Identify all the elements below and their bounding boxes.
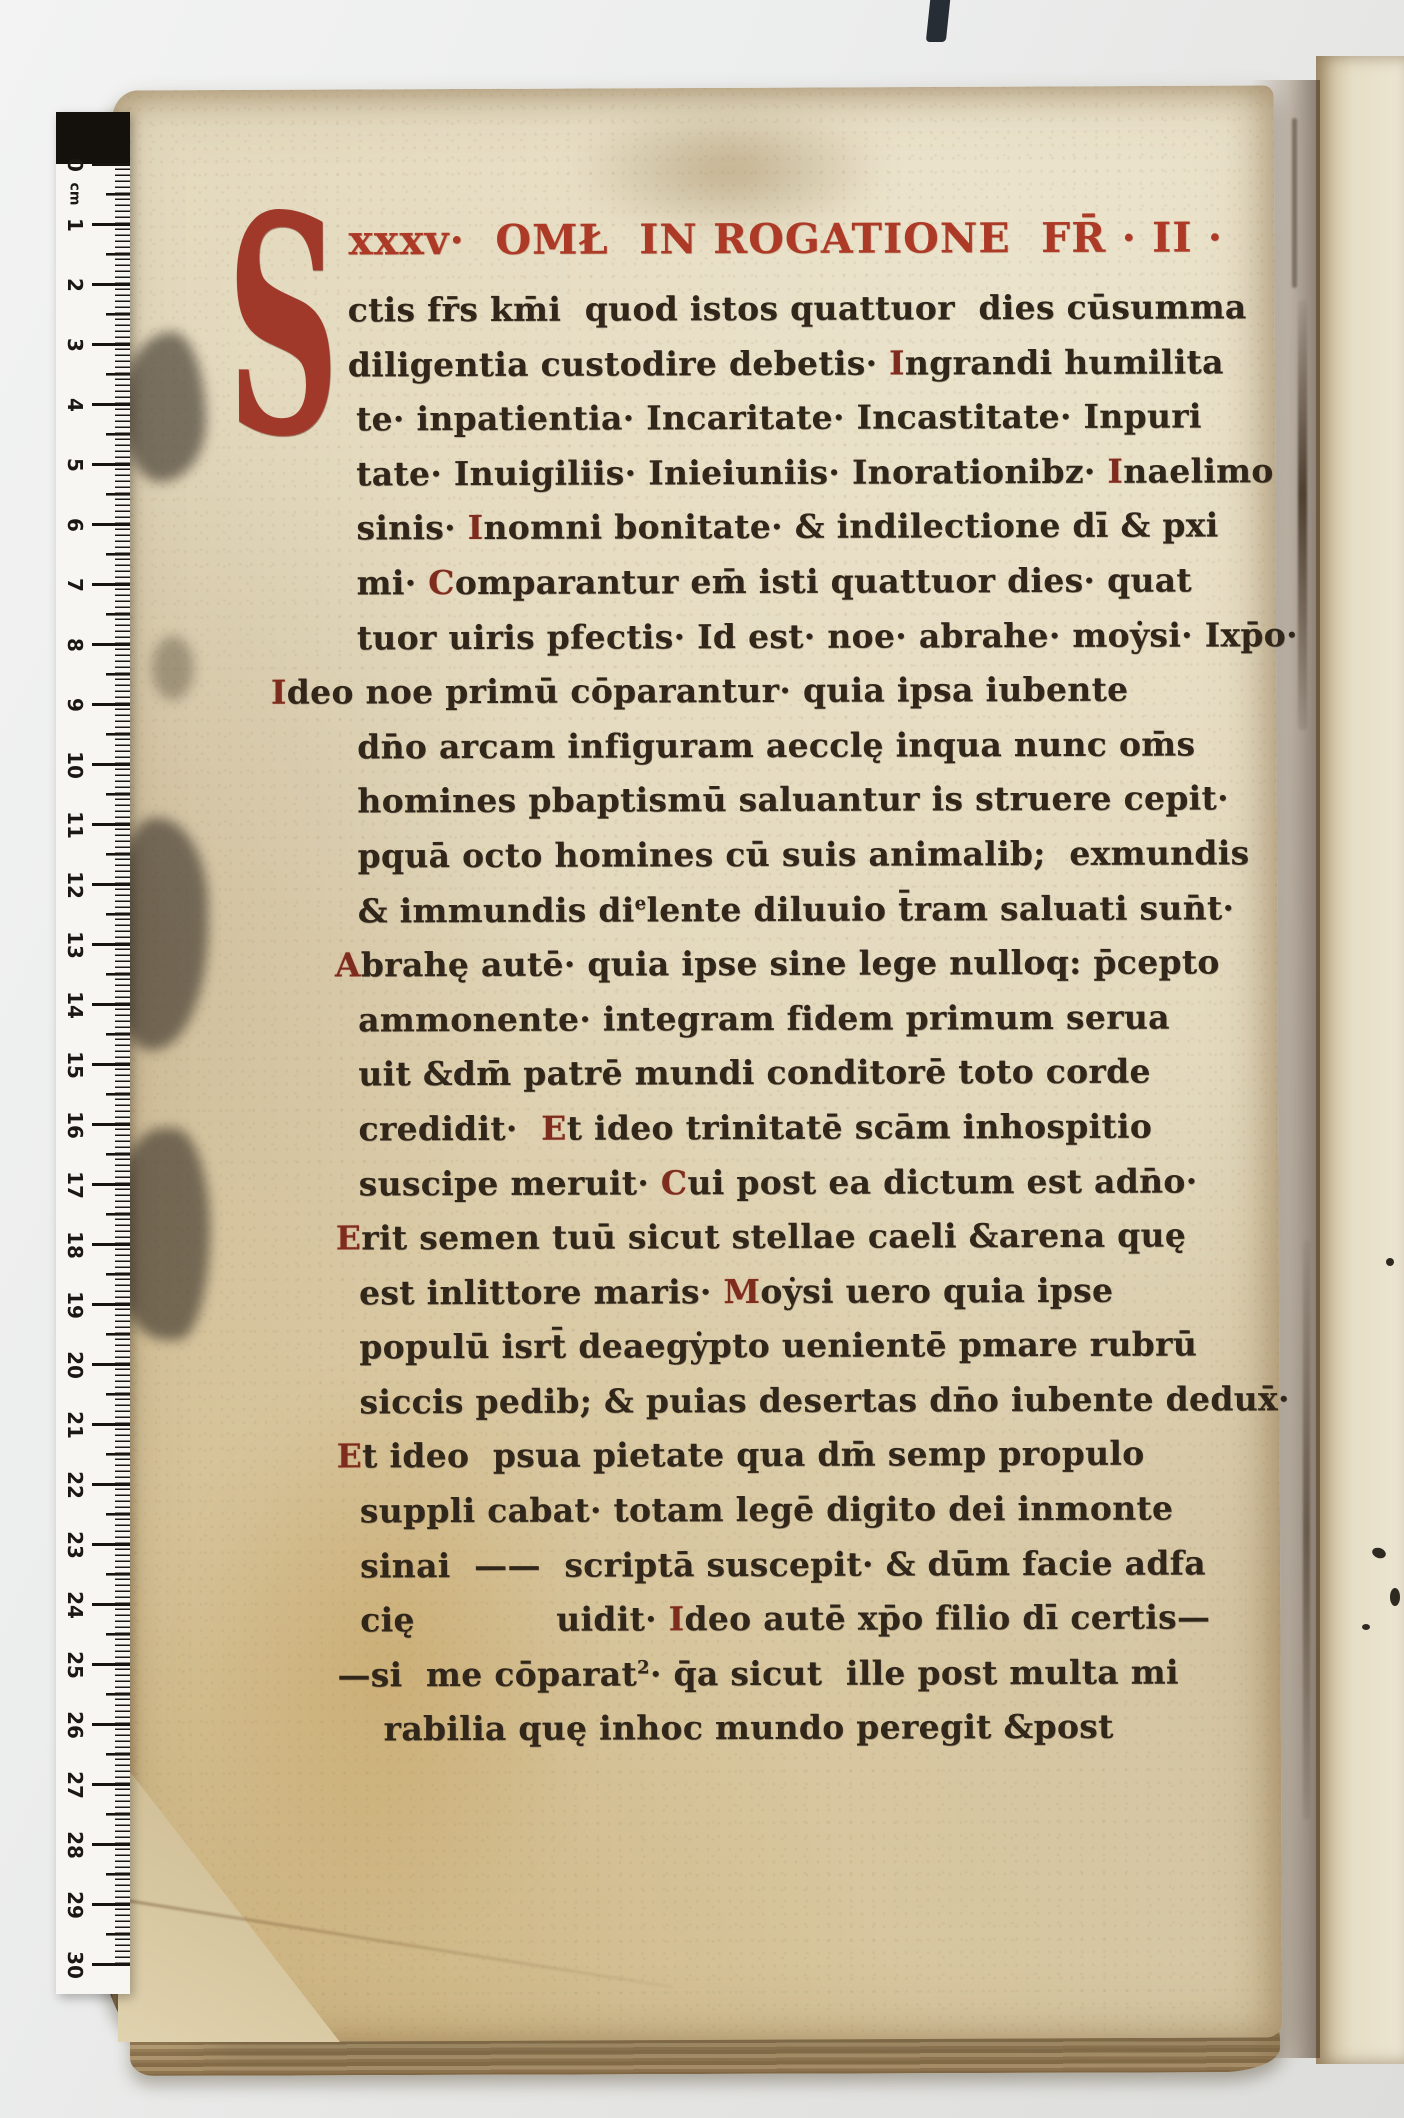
text-segment: suscipe meruit·	[359, 1163, 661, 1203]
red-touched-initial: I	[889, 343, 905, 382]
ruler-number: 23	[61, 1531, 87, 1559]
ruler-number: 17	[61, 1171, 87, 1199]
manuscript-line: credidit· Et ideo trinitatē scām inhospi…	[358, 1099, 1265, 1157]
ruler-number: 7	[61, 571, 87, 599]
rubric-drop-cap-initial: S	[226, 201, 340, 451]
rubric-title: xxxv· OMŁ IN ROGATIONE FR̄ · II ·	[348, 204, 1262, 283]
text-segment: populū isrt̄ deaegẏpto uenientē pmare ru…	[359, 1325, 1197, 1367]
ruler-number: 24	[61, 1591, 87, 1619]
manuscript-line: suscipe meruit· Cui post ea dictum est a…	[359, 1154, 1266, 1212]
ruler-unit-label: cm	[66, 183, 82, 206]
text-segment: brahę autē· quia ipse sine lege nulloq: …	[361, 943, 1220, 985]
ruler-number: 11	[61, 811, 87, 839]
cm-ruler: 0cm1234567891011121314151617181920212223…	[56, 112, 130, 1994]
text-segment: diligentia custodire debetis·	[348, 343, 889, 384]
ink-speck	[1390, 1588, 1400, 1606]
ruler-number: 13	[61, 931, 87, 959]
text-segment: te· inpatientia· Incaritate· Incastitate…	[356, 397, 1202, 439]
text-segment: deo autē xp̄o filio dī certis—	[684, 1598, 1210, 1639]
manuscript-line: sinai —— scriptā suscepit· & dūm facie a…	[360, 1536, 1267, 1594]
red-touched-initial: I	[669, 1600, 685, 1639]
ink-speck	[1362, 1624, 1370, 1630]
manuscript-line: populū isrt̄ deaegẏpto uenientē pmare ru…	[359, 1318, 1266, 1376]
ruler-number: 1	[61, 211, 87, 239]
manuscript-line: uit &dm̄ patrē mundi conditorē toto cord…	[358, 1045, 1265, 1103]
manuscript-line: sinis· Inomni bonitate· & indilectione d…	[356, 499, 1263, 557]
ruler-number: 16	[61, 1111, 87, 1139]
manuscript-line: Et ideo psua pietate qua dm̄ semp propul…	[337, 1427, 1267, 1485]
text-segment: ammonente· integram fidem primum serua	[358, 997, 1170, 1039]
manuscript-line: Ideo noe primū cōparantur· quia ipsa iub…	[271, 662, 1264, 720]
ruler-number: 2	[61, 271, 87, 299]
ruler-number: 8	[61, 631, 87, 659]
manuscript-text-block: S xxxv· OMŁ IN ROGATIONE FR̄ · II · ctis…	[252, 204, 1267, 1758]
red-touched-initial: I	[271, 673, 287, 712]
manuscript-line: tuor uiris pfectis· Id est· noe· abrahe·…	[357, 608, 1264, 666]
manuscript-line: Erit semen tuū sicut stellae caeli &aren…	[336, 1208, 1266, 1266]
text-segment: · q̄a sicut ille post multa mi	[650, 1652, 1179, 1693]
text-segment: pquā octo homines cū suis animalib; exmu…	[357, 833, 1249, 875]
text-segment: rabilia quę inhoc mundo peregit &post	[384, 1707, 1114, 1749]
text-segment: e	[635, 893, 647, 914]
ruler-number: 12	[61, 871, 87, 899]
manuscript-line: mi· Comparantur em̄ isti quattuor dies· …	[357, 553, 1264, 611]
text-segment: ctis fr̄s km̄i quod istos quattuor dies …	[348, 287, 1247, 329]
gutter-crease-streak	[1298, 300, 1307, 730]
manuscript-lines: ctis fr̄s km̄i quod istos quattuor dies …	[253, 280, 1268, 1758]
manuscript-line: pquā octo homines cū suis animalib; exmu…	[357, 826, 1264, 884]
facing-page-sliver	[1316, 56, 1404, 2064]
text-segment: nomni bonitate· & indilectione dī & pxi	[483, 506, 1218, 548]
ruler-number: 3	[61, 331, 87, 359]
ruler-number: 21	[61, 1411, 87, 1439]
text-segment: homines pbaptismū saluantur is struere c…	[357, 779, 1229, 821]
mold-stain	[118, 1128, 210, 1340]
ruler-cm-mark: 30	[56, 1964, 130, 1994]
text-segment: dn̄o arcam infiguram aecclę inqua nunc o…	[357, 724, 1195, 766]
ruler-number: 29	[61, 1891, 87, 1919]
manuscript-line: ctis fr̄s km̄i quod istos quattuor dies …	[348, 280, 1263, 338]
text-segment: ui post ea dictum est adn̄o·	[687, 1161, 1197, 1202]
text-segment: siccis pedib; & puias desertas dn̄o iube…	[359, 1379, 1289, 1421]
text-segment: suppli cabat· totam legē digito dei inmo…	[360, 1489, 1174, 1531]
ruler-number: 25	[61, 1651, 87, 1679]
manuscript-line: te· inpatientia· Incaritate· Incastitate…	[356, 389, 1263, 447]
red-touched-initial: A	[335, 946, 361, 985]
ruler-number: 27	[61, 1771, 87, 1799]
text-segment: 2	[637, 1657, 650, 1678]
ruler-number: 26	[61, 1711, 87, 1739]
text-segment: uit &dm̄ patrē mundi conditorē toto cord…	[358, 1052, 1151, 1094]
ink-speck	[1386, 1258, 1394, 1266]
manuscript-line: Abrahę autē· quia ipse sine lege nulloq:…	[335, 935, 1265, 993]
manuscript-line: dn̄o arcam infiguram aecclę inqua nunc o…	[357, 717, 1264, 775]
manuscript-line: diligentia custodire debetis· Ingrandi h…	[348, 335, 1263, 393]
manuscript-line: siccis pedib; & puias desertas dn̄o iube…	[359, 1372, 1266, 1430]
red-touched-initial: C	[661, 1163, 688, 1202]
manuscript-photo: 0cm1234567891011121314151617181920212223…	[0, 0, 1404, 2118]
manuscript-line: est inlittore maris· Moẏsi uero quia ips…	[359, 1263, 1266, 1321]
ruler-number: 14	[61, 991, 87, 1019]
red-touched-initial: E	[541, 1109, 567, 1148]
text-segment: sinis·	[356, 508, 467, 547]
text-segment: naelimo	[1123, 451, 1274, 491]
text-segment: credidit·	[358, 1109, 541, 1149]
text-segment: sinai —— scriptā suscepit· & dūm facie a…	[360, 1543, 1206, 1585]
red-touched-initial: I	[1107, 452, 1123, 491]
ruler-number: 4	[61, 391, 87, 419]
mold-stain	[152, 636, 194, 700]
text-segment: omparantur em̄ isti quattuor dies· quat	[455, 560, 1192, 602]
text-segment: oẏsi uero quia ipse	[760, 1270, 1113, 1310]
text-segment: tuor uiris pfectis· Id est· noe· abrahe·…	[357, 615, 1298, 657]
ruler-number: 20	[61, 1351, 87, 1379]
text-segment: ngrandi humilita	[905, 342, 1224, 382]
manuscript-line: suppli cabat· totam legē digito dei inmo…	[360, 1481, 1267, 1539]
text-segment: deo noe primū cōparantur· quia ipsa iube…	[287, 670, 1129, 712]
text-segment: —si me cōparat	[337, 1654, 637, 1694]
ruler-number: 18	[61, 1231, 87, 1259]
ruler-number: 0	[61, 151, 87, 179]
manuscript-line: tate· Inuigiliis· Inieiuniis· Inorationi…	[356, 444, 1263, 502]
bookmark-tab	[926, 0, 950, 42]
text-segment: mi·	[357, 563, 429, 602]
manuscript-line: cię uidit· Ideo autē xp̄o filio dī certi…	[360, 1590, 1267, 1648]
ruler-number: 9	[61, 691, 87, 719]
text-segment: rit semen tuū sicut stellae caeli &arena…	[361, 1216, 1186, 1258]
text-segment: est inlittore maris·	[359, 1272, 723, 1312]
ruler-number: 28	[61, 1831, 87, 1859]
manuscript-line: & immundis dielente diluuio t̄ram saluat…	[358, 881, 1265, 939]
ruler-number: 30	[61, 1951, 87, 1979]
red-touched-initial: E	[336, 1218, 362, 1257]
manuscript-line: —si me cōparat2· q̄a sicut ille post mul…	[337, 1645, 1267, 1703]
text-segment: & immundis di	[358, 890, 635, 930]
red-touched-initial: M	[723, 1272, 760, 1311]
manuscript-line: homines pbaptismū saluantur is struere c…	[357, 772, 1264, 830]
ruler-number: 5	[61, 451, 87, 479]
text-segment: cię uidit·	[360, 1600, 669, 1640]
red-touched-initial: E	[337, 1437, 363, 1476]
ruler-number: 19	[61, 1291, 87, 1319]
red-touched-initial: C	[428, 563, 455, 602]
ruler-number: 15	[61, 1051, 87, 1079]
text-segment: t ideo psua pietate qua dm̄ semp propulo	[362, 1434, 1144, 1476]
gutter-crease-streak	[1292, 118, 1297, 288]
manuscript-line: ammonente· integram fidem primum serua	[358, 990, 1265, 1048]
text-segment: tate· Inuigiliis· Inieiuniis· Inorationi…	[356, 452, 1107, 494]
text-segment: lente diluuio t̄ram saluati sun̄t·	[646, 888, 1234, 929]
ruler-scale: 0cm1234567891011121314151617181920212223…	[56, 164, 130, 1994]
ruler-number: 10	[61, 751, 87, 779]
gutter-crease-streak	[1303, 1240, 1310, 1820]
red-touched-initial: I	[468, 508, 484, 547]
text-segment: t ideo trinitatē scām inhospitio	[567, 1107, 1153, 1148]
ruler-number: 22	[61, 1471, 87, 1499]
ruler-number: 6	[61, 511, 87, 539]
manuscript-line: rabilia quę inhoc mundo peregit &post	[384, 1700, 1268, 1758]
